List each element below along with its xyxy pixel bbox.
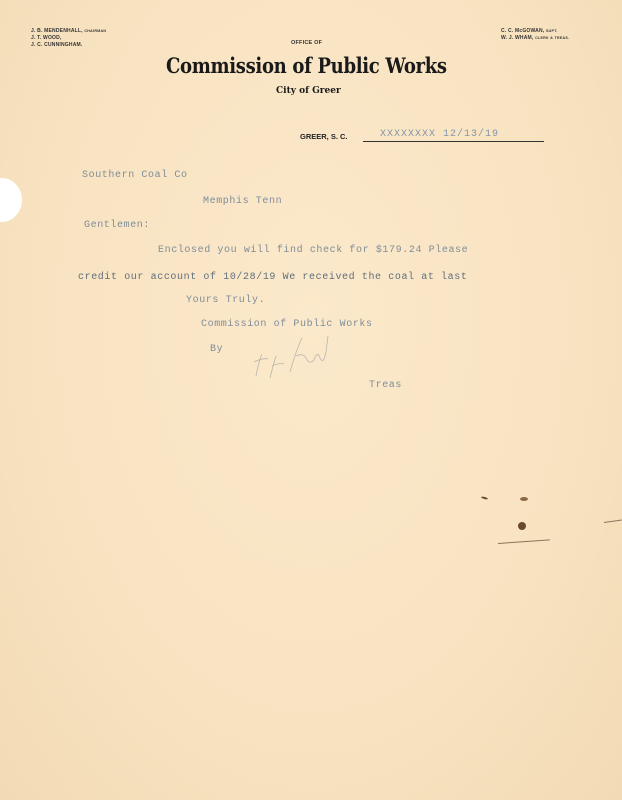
letterhead-right-names: C. C. McGOWAN, SUPT. W. J. WHAM, CLERK &… bbox=[501, 28, 569, 42]
commissioner-3: J. C. CUNNINGHAM. bbox=[31, 42, 106, 49]
ink-mark bbox=[481, 496, 488, 500]
closing: Yours Truly. bbox=[186, 295, 265, 306]
letterhead-title: Commission of Public Works bbox=[166, 53, 447, 78]
faint-stamp bbox=[548, 782, 618, 790]
salutation: Gentlemen: bbox=[84, 220, 150, 231]
date-rule bbox=[363, 141, 544, 142]
punch-hole bbox=[0, 178, 22, 222]
ink-mark bbox=[518, 522, 526, 530]
place-label: GREER, S. C. bbox=[300, 132, 348, 141]
signature-title: Treas bbox=[369, 380, 402, 391]
handwritten-signature bbox=[248, 332, 338, 382]
pencil-scratch bbox=[498, 539, 550, 544]
ink-mark bbox=[520, 497, 528, 501]
officer-1: C. C. McGOWAN, SUPT. bbox=[501, 28, 569, 35]
signatory-org: Commission of Public Works bbox=[201, 319, 373, 330]
letterhead-left-names: J. B. MENDENHALL, CHAIRMAN J. T. WOOD, J… bbox=[31, 28, 106, 49]
body-line-1: Enclosed you will find check for $179.24… bbox=[158, 245, 468, 256]
addressee-line-2: Memphis Tenn bbox=[203, 196, 282, 207]
commissioner-1: J. B. MENDENHALL, CHAIRMAN bbox=[31, 28, 106, 35]
addressee-line-1: Southern Coal Co bbox=[82, 170, 188, 181]
office-of-label: OFFICE OF bbox=[291, 40, 322, 46]
letter-page: J. B. MENDENHALL, CHAIRMAN J. T. WOOD, J… bbox=[0, 0, 622, 800]
officer-2: W. J. WHAM, CLERK & TREAS. bbox=[501, 35, 569, 42]
commissioner-2: J. T. WOOD, bbox=[31, 35, 106, 42]
typed-date: XXXXXXXX 12/13/19 bbox=[380, 129, 499, 140]
pencil-scratch bbox=[604, 519, 622, 522]
body-line-2: credit our account of 10/28/19 We receiv… bbox=[78, 272, 467, 283]
by-label: By bbox=[210, 344, 223, 355]
letterhead-city: City of Greer bbox=[276, 86, 341, 96]
